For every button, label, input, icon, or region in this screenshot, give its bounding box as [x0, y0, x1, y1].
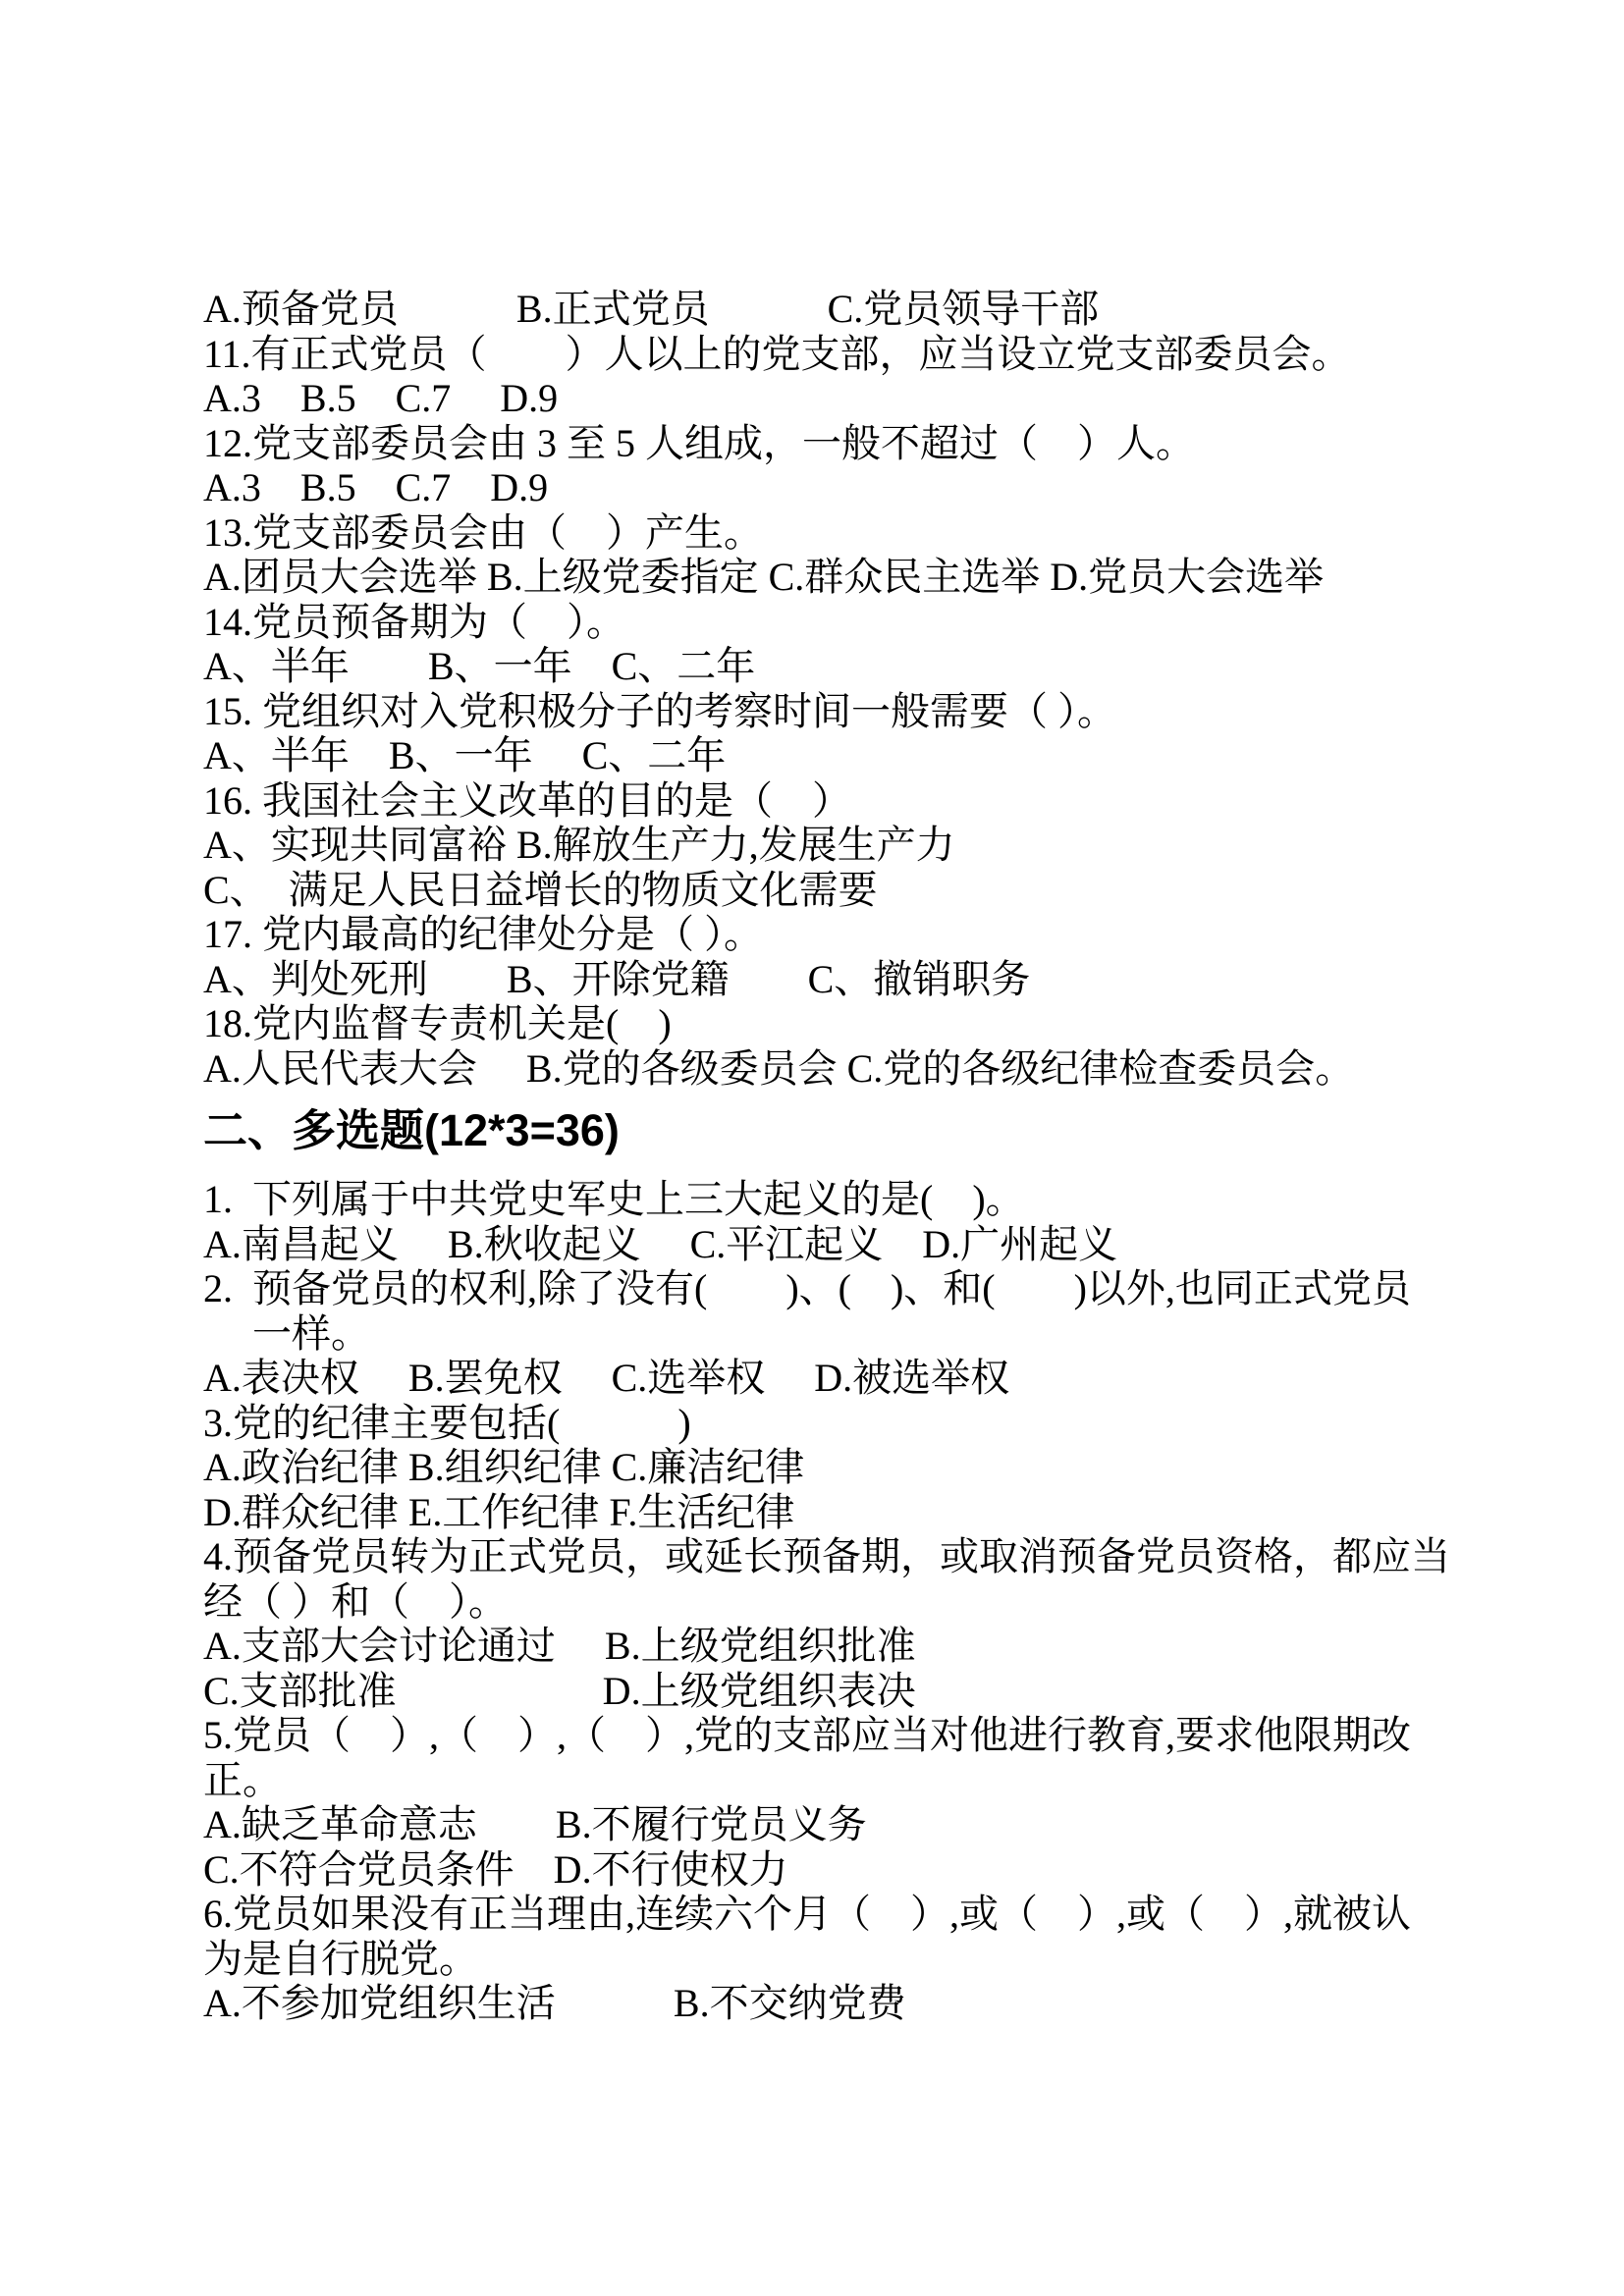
- exam-line: D.群众纪律 E.工作纪律 F.生活纪律: [203, 1490, 1480, 1535]
- exam-line: A、判处死刑 B、开除党籍 C、撤销职务: [203, 957, 1480, 1002]
- exam-line: A、实现共同富裕 B.解放生产力,发展生产力: [203, 823, 1480, 868]
- multiple-choice-heading: 二、多选题(12*3=36): [203, 1108, 1480, 1153]
- exam-line: 13.党支部委员会由（ ）产生。: [203, 510, 1480, 556]
- exam-line: A.表决权 B.罢免权 C.选举权 D.被选举权: [203, 1356, 1480, 1401]
- exam-line: A.缺乏革命意志 B.不履行党员义务: [203, 1802, 1480, 1847]
- exam-line: 经（ ）和（ ）。: [203, 1579, 1480, 1625]
- exam-line: 2. 预备党员的权利,除了没有( )、( )、和( )以外,也同正式党员: [203, 1266, 1480, 1311]
- exam-line: 1. 下列属于中共党史军史上三大起义的是( )。: [203, 1177, 1480, 1222]
- exam-line: 18.党内监督专责机关是( ): [203, 1001, 1480, 1046]
- exam-line: A.3 B.5 C.7 D.9: [203, 465, 1480, 510]
- exam-line: 6.党员如果没有正当理由,连续六个月（ ）,或（ ）,或（ ）,就被认: [203, 1892, 1480, 1937]
- exam-line: C.不符合党员条件 D.不行使权力: [203, 1847, 1480, 1893]
- exam-line: 15. 党组织对入党积极分子的考察时间一般需要（ ）。: [203, 689, 1480, 734]
- single-choice-section: A.预备党员 B.正式党员 C.党员领导干部11.有正式党员（ ）人以上的党支部…: [203, 287, 1480, 1091]
- exam-line: A.人民代表大会 B.党的各级委员会 C.党的各级纪律检查委员会。: [203, 1046, 1480, 1092]
- multiple-choice-section: 1. 下列属于中共党史军史上三大起义的是( )。A.南昌起义 B.秋收起义 C.…: [203, 1177, 1480, 2026]
- exam-line: 16. 我国社会主义改革的目的是（ ）: [203, 778, 1480, 824]
- exam-line: A、半年 B、一年 C、二年: [203, 644, 1480, 689]
- exam-line: A、半年 B、一年 C、二年: [203, 733, 1480, 778]
- exam-line: C、 满足人民日益增长的物质文化需要: [203, 868, 1480, 913]
- exam-line: 11.有正式党员（ ）人以上的党支部，应当设立党支部委员会。: [203, 332, 1480, 377]
- exam-line: 4.预备党员转为正式党员，或延长预备期，或取消预备党员资格，都应当: [203, 1534, 1480, 1579]
- exam-line: A.南昌起义 B.秋收起义 C.平江起义 D.广州起义: [203, 1222, 1480, 1267]
- exam-line: A.3 B.5 C.7 D.9: [203, 376, 1480, 421]
- exam-line: 正。: [203, 1758, 1480, 1803]
- exam-line: 17. 党内最高的纪律处分是（ ）。: [203, 912, 1480, 957]
- exam-line: 12.党支部委员会由 3 至 5 人组成，一般不超过（ ）人。: [203, 421, 1480, 466]
- exam-line: 14.党员预备期为（ ）。: [203, 600, 1480, 645]
- exam-line: A.不参加党组织生活 B.不交纳党费: [203, 1981, 1480, 2026]
- exam-line: A.团员大会选举 B.上级党委指定 C.群众民主选举 D.党员大会选举: [203, 555, 1480, 600]
- exam-line: 为是自行脱党。: [203, 1937, 1480, 1982]
- exam-line: 5.党员（ ）,（ ）,（ ）,党的支部应当对他进行教育,要求他限期改: [203, 1713, 1480, 1758]
- exam-line: A.政治纪律 B.组织纪律 C.廉洁纪律: [203, 1445, 1480, 1490]
- exam-content: A.预备党员 B.正式党员 C.党员领导干部11.有正式党员（ ）人以上的党支部…: [203, 287, 1480, 2026]
- exam-line: A.预备党员 B.正式党员 C.党员领导干部: [203, 287, 1480, 332]
- exam-line: 3.党的纪律主要包括( ): [203, 1401, 1480, 1446]
- exam-line: A.支部大会讨论通过 B.上级党组织批准: [203, 1624, 1480, 1669]
- exam-line: 一样。: [203, 1311, 1480, 1357]
- exam-line: C.支部批准 D.上级党组织表决: [203, 1669, 1480, 1714]
- document-page: A.预备党员 B.正式党员 C.党员领导干部11.有正式党员（ ）人以上的党支部…: [0, 0, 1624, 2296]
